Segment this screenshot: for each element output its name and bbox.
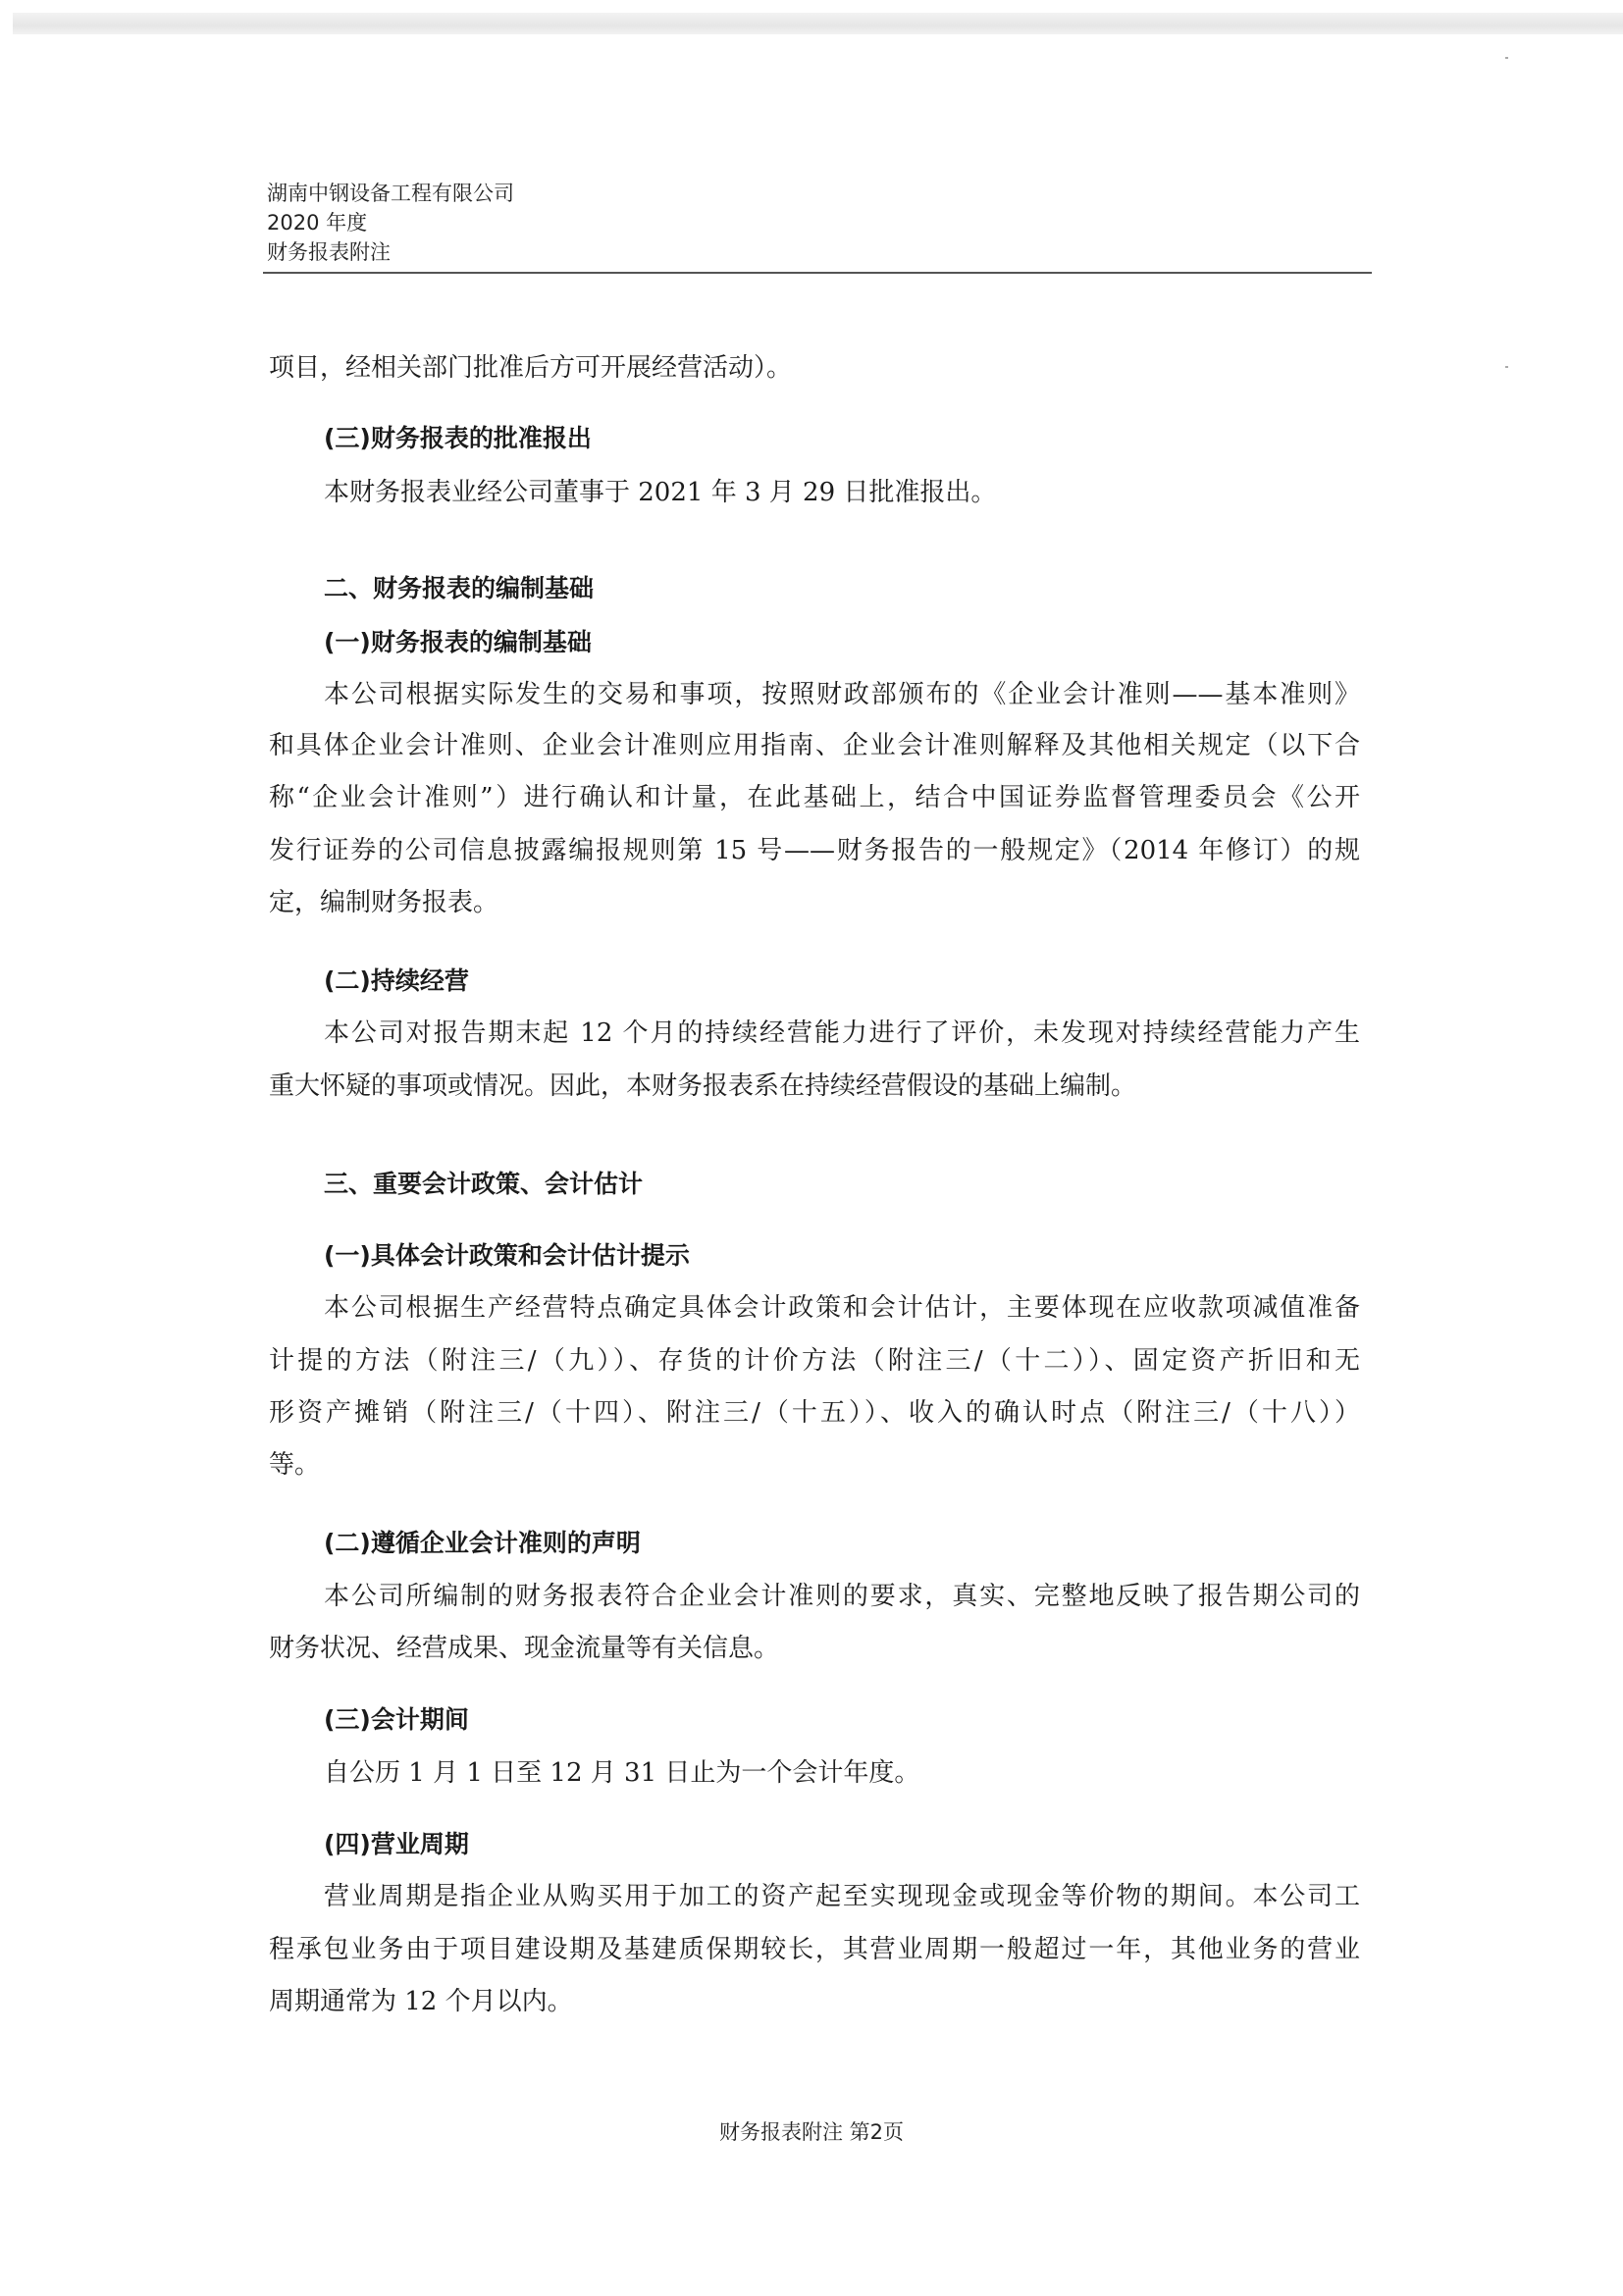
paragraph-line: 重大怀疑的事项或情况。因此，本财务报表系在持续经营假设的基础上编制。 — [269, 1070, 1360, 1103]
scan-speck — [1505, 57, 1508, 59]
paragraph-line: 和具体企业会计准则、企业会计准则应用指南、企业会计准则解释及其他相关规定（以下合 — [269, 729, 1360, 762]
scan-edge-band — [13, 13, 1623, 34]
paragraph-line: 本公司对报告期末起 12 个月的持续经营能力进行了评价，未发现对持续经营能力产生 — [324, 1017, 1360, 1050]
scan-speck — [1505, 366, 1508, 368]
subsection-heading-period: (三)会计期间 — [324, 1703, 469, 1737]
paragraph-line: 财务状况、经营成果、现金流量等有关信息。 — [269, 1632, 1360, 1665]
paragraph-line: 程承包业务由于项目建设期及基建质保期较长，其营业周期一般超过一年，其他业务的营业 — [269, 1933, 1360, 1966]
subsection-heading-cycle: (四)营业周期 — [324, 1828, 469, 1861]
document-title: 财务报表附注 — [267, 237, 514, 267]
paragraph-line: 定，编制财务报表。 — [269, 886, 1360, 919]
paragraph-line: 营业周期是指企业从购买用于加工的资产起至实现现金或现金等价物的期间。本公司工 — [324, 1880, 1360, 1913]
report-year: 2020 年度 — [267, 208, 514, 237]
section-heading-2: 二、财务报表的编制基础 — [324, 572, 594, 605]
subsection-heading-hints: (一)具体会计政策和会计估计提示 — [324, 1239, 690, 1273]
section-heading-3: 三、重要会计政策、会计估计 — [324, 1168, 643, 1201]
paragraph-line: 本公司根据生产经营特点确定具体会计政策和会计估计，主要体现在应收款项减值准备 — [324, 1291, 1360, 1325]
paragraph-line: 项目，经相关部门批准后方可开展经营活动）。 — [269, 351, 1360, 385]
paragraph-line: 称“企业会计准则”）进行确认和计量，在此基础上，结合中国证券监督管理委员会《公开 — [269, 781, 1360, 814]
paragraph-line: 本公司根据实际发生的交易和事项，按照财政部颁布的《企业会计准则——基本准则》 — [324, 678, 1360, 711]
subsection-heading-basis: (一)财务报表的编制基础 — [324, 626, 592, 659]
paragraph-line: 等。 — [269, 1448, 1360, 1482]
company-name: 湖南中钢设备工程有限公司 — [267, 179, 514, 208]
subsection-heading-going-concern: (二)持续经营 — [324, 965, 469, 998]
paragraph-line: 形资产摊销（附注三/（十四）、附注三/（十五））、收入的确认时点（附注三/（十八… — [269, 1396, 1360, 1430]
subsection-heading-compliance: (二)遵循企业会计准则的声明 — [324, 1527, 641, 1560]
paragraph-line: 本公司所编制的财务报表符合企业会计准则的要求，真实、完整地反映了报告期公司的 — [324, 1580, 1360, 1613]
paragraph-line: 自公历 1 月 1 日至 12 月 31 日止为一个会计年度。 — [324, 1756, 1360, 1790]
header-divider — [263, 272, 1372, 274]
page-footer: 财务报表附注 第2页 — [0, 2117, 1623, 2147]
paragraph-line: 发行证券的公司信息披露编报规则第 15 号——财务报告的一般规定》（2014 年… — [269, 834, 1360, 867]
paragraph-line: 计提的方法（附注三/（九））、存货的计价方法（附注三/（十二））、固定资产折旧和… — [269, 1344, 1360, 1378]
paragraph-line: 本财务报表业经公司董事于 2021 年 3 月 29 日批准报出。 — [324, 476, 1360, 509]
subsection-heading-approval: (三)财务报表的批准报出 — [324, 422, 592, 455]
page-header: 湖南中钢设备工程有限公司 2020 年度 财务报表附注 — [267, 179, 514, 267]
paragraph-line: 周期通常为 12 个月以内。 — [269, 1985, 1360, 2018]
